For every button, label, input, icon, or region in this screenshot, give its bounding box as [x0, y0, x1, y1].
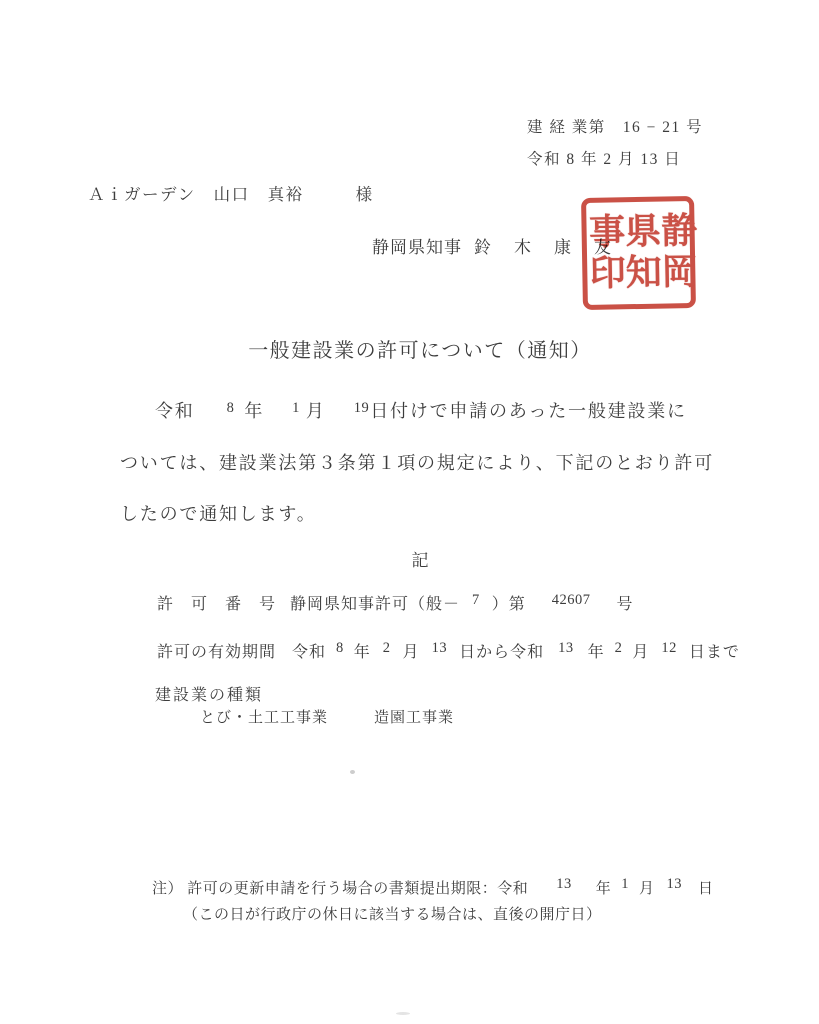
body-era: 令和 [155, 401, 195, 421]
validity-tail: 日まで [689, 644, 740, 661]
scan-speck [396, 1012, 410, 1015]
addressee-line: Ａｉガーデン 山口 真裕様 [88, 181, 374, 205]
addressee-honorific: 様 [356, 185, 374, 204]
validity-from-year: 8 [336, 640, 344, 657]
scanned-permit-letter: 建 経 業第 16 − 21 号 令和 8 年 2 月 13 日 Ａｉガーデン … [0, 0, 819, 1024]
validity-to-month-unit: 月 [632, 644, 649, 661]
note-line-1: 注） 許可の更新申請を行う場合の書類提出期限：令和13年1月13日 [152, 877, 714, 898]
permit-class-number: 7 [472, 592, 480, 609]
header-block: 建 経 業第 16 − 21 号 令和 8 年 2 月 13 日 [527, 112, 703, 176]
body-month-value: 1 [292, 400, 300, 417]
validity-label: 許可の有効期間 [157, 644, 276, 661]
validity-period-row: 許可の有効期間令和8年2月13日から令和13年2月12日まで [157, 639, 740, 662]
validity-from-month-unit: 月 [403, 644, 420, 661]
seal-column-left: 事印 [586, 212, 623, 295]
validity-connector: 日から令和 [459, 644, 544, 661]
note-year-unit: 年 [596, 881, 612, 897]
permit-number-suffix: 号 [617, 596, 634, 613]
document-title: 一般建設業の許可について（通知） [20, 334, 819, 363]
note-line-2: （この日が行政庁の休日に該当する場合は、直後の開庁日） [183, 903, 602, 924]
issuer-title: 静岡県知事 [372, 238, 462, 257]
permit-issuer-text: 静岡県知事許可（般－ [290, 596, 460, 613]
business-type-item: とび・土工工事業 [200, 710, 328, 726]
ki-heading: 記 [20, 546, 819, 571]
permit-number-label: 許 可 番 号 [157, 596, 276, 613]
scan-speck [350, 770, 355, 774]
validity-era: 令和 [292, 644, 326, 661]
note-year-value: 13 [556, 876, 572, 893]
body-line-2: ついては、建設業法第３条第１項の規定により、下記のとおり許可 [120, 449, 714, 475]
governor-seal-stamp: 静岡 県知 事印 [581, 196, 696, 310]
note-month-unit: 月 [639, 881, 655, 897]
business-types-label: 建設業の種類 [155, 682, 263, 705]
seal-column-middle: 県知 [622, 212, 659, 295]
permit-number-row: 許 可 番 号静岡県知事許可（般－7）第42607号 [157, 591, 634, 614]
validity-from-year-unit: 年 [354, 644, 371, 661]
body-line-1: 令和8年1月19日付けで申請のあった一般建設業に [155, 397, 687, 423]
validity-from-day: 13 [432, 640, 448, 657]
body-year-unit: 年 [244, 401, 264, 421]
note-day-value: 13 [667, 876, 683, 893]
note-day-unit: 日 [698, 881, 714, 897]
validity-to-day: 12 [661, 640, 677, 657]
note-month-value: 1 [621, 876, 629, 893]
doc-date: 令和 8 年 2 月 13 日 [527, 144, 703, 176]
addressee-name: Ａｉガーデン 山口 真裕 [88, 185, 304, 204]
validity-to-year: 13 [558, 640, 574, 657]
business-type-item: 造園工事業 [374, 710, 454, 726]
business-types-values: とび・土工工事業造園工事業 [200, 706, 454, 727]
body-day-value: 19 [354, 400, 370, 417]
body-year-value: 8 [227, 400, 235, 417]
validity-to-year-unit: 年 [588, 644, 605, 661]
permit-number-value: 42607 [552, 592, 591, 609]
note-prefix: 注） 許可の更新申請を行う場合の書類提出期限：令和 [152, 881, 528, 897]
issuer-line: 静岡県知事鈴 木 康 友 [372, 233, 614, 258]
seal-column-right: 静岡 [658, 211, 695, 294]
validity-to-month: 2 [615, 640, 623, 657]
body-month-unit: 月 [306, 401, 326, 421]
permit-middle-text: ）第 [492, 596, 526, 613]
body-after-day: 日付けで申請のあった一般建設業に [370, 401, 687, 421]
validity-from-month: 2 [383, 640, 391, 657]
doc-number: 建 経 業第 16 − 21 号 [527, 112, 703, 144]
body-line-3: したので通知します。 [120, 500, 317, 526]
